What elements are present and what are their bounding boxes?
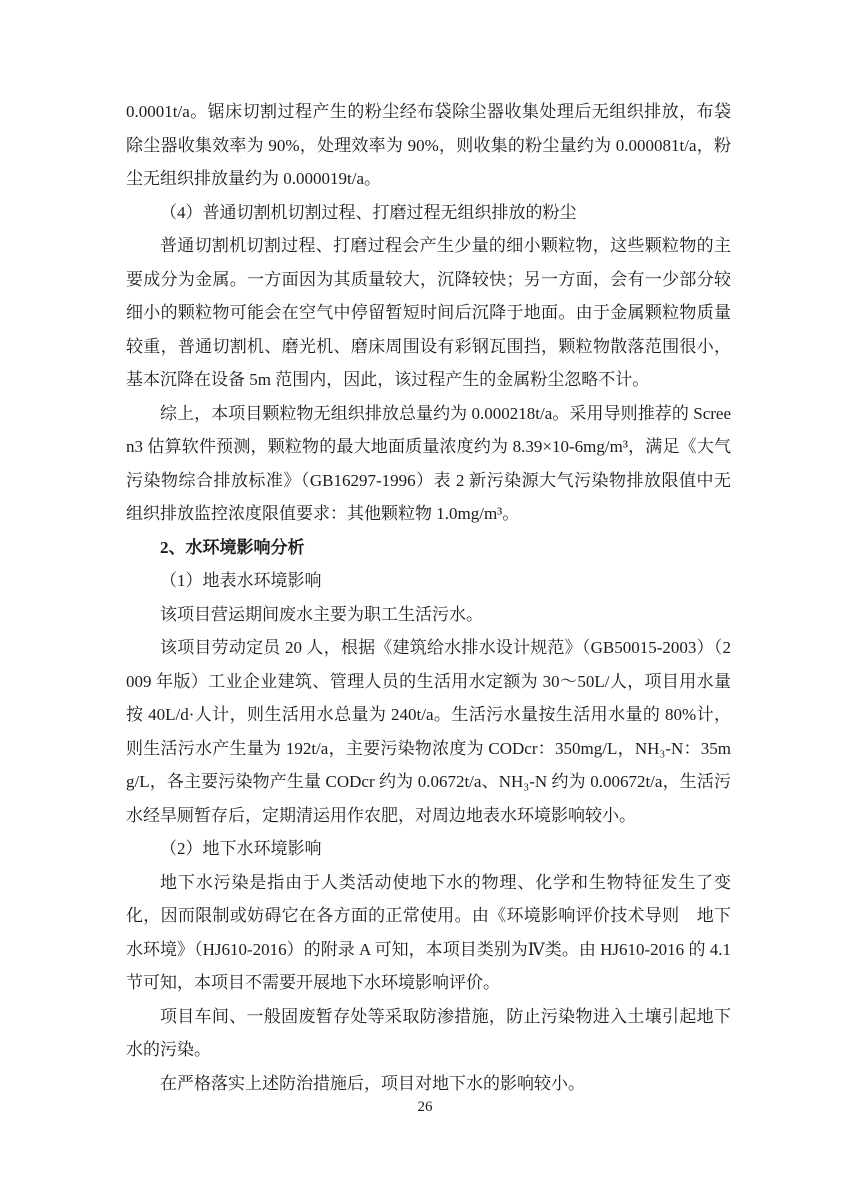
page-footer: 26 <box>0 1097 850 1117</box>
paragraph-dust-total-emission-summary: 综上，本项目颗粒物无组织排放总量约为 0.000218t/a。采用导则推荐的 S… <box>126 397 731 531</box>
paragraph-seepage-prevention: 项目车间、一般固废暂存处等采取防渗措施，防止污染物进入土壤引起地下水的污染。 <box>126 1000 731 1067</box>
document-content: 0.0001t/a。锯床切割过程产生的粉尘经布袋除尘器收集处理后无组织排放，布袋… <box>126 95 731 1100</box>
subheading-4-cutting-grinding-dust: （4）普通切割机切割过程、打磨过程无组织排放的粉尘 <box>126 196 731 230</box>
paragraph-dust-sawing-continuation: 0.0001t/a。锯床切割过程产生的粉尘经布袋除尘器收集处理后无组织排放，布袋… <box>126 95 731 196</box>
heading-water-environment-analysis: 2、水环境影响分析 <box>126 531 731 565</box>
subheading-2-groundwater-impact: （2）地下水环境影响 <box>126 832 731 866</box>
paragraph-groundwater-conclusion: 在严格落实上述防治措施后，项目对地下水的影响较小。 <box>126 1067 731 1101</box>
paragraph-groundwater-definition-category: 地下水污染是指由于人类活动使地下水的物理、化学和生物特征发生了变化，因而限制或妨… <box>126 866 731 1000</box>
paragraph-surface-water-intro: 该项目营运期间废水主要为职工生活污水。 <box>126 598 731 632</box>
subheading-1-surface-water-impact: （1）地表水环境影响 <box>126 564 731 598</box>
paragraph-domestic-sewage-calculation: 该项目劳动定员 20 人，根据《建筑给水排水设计规范》（GB50015-2003… <box>126 631 731 832</box>
page-number: 26 <box>418 1099 433 1115</box>
paragraph-cutting-grinding-dust-analysis: 普通切割机切割过程、打磨过程会产生少量的细小颗粒物，这些颗粒物的主要成分为金属。… <box>126 229 731 397</box>
document-page: 0.0001t/a。锯床切割过程产生的粉尘经布袋除尘器收集处理后无组织排放，布袋… <box>0 0 850 1202</box>
